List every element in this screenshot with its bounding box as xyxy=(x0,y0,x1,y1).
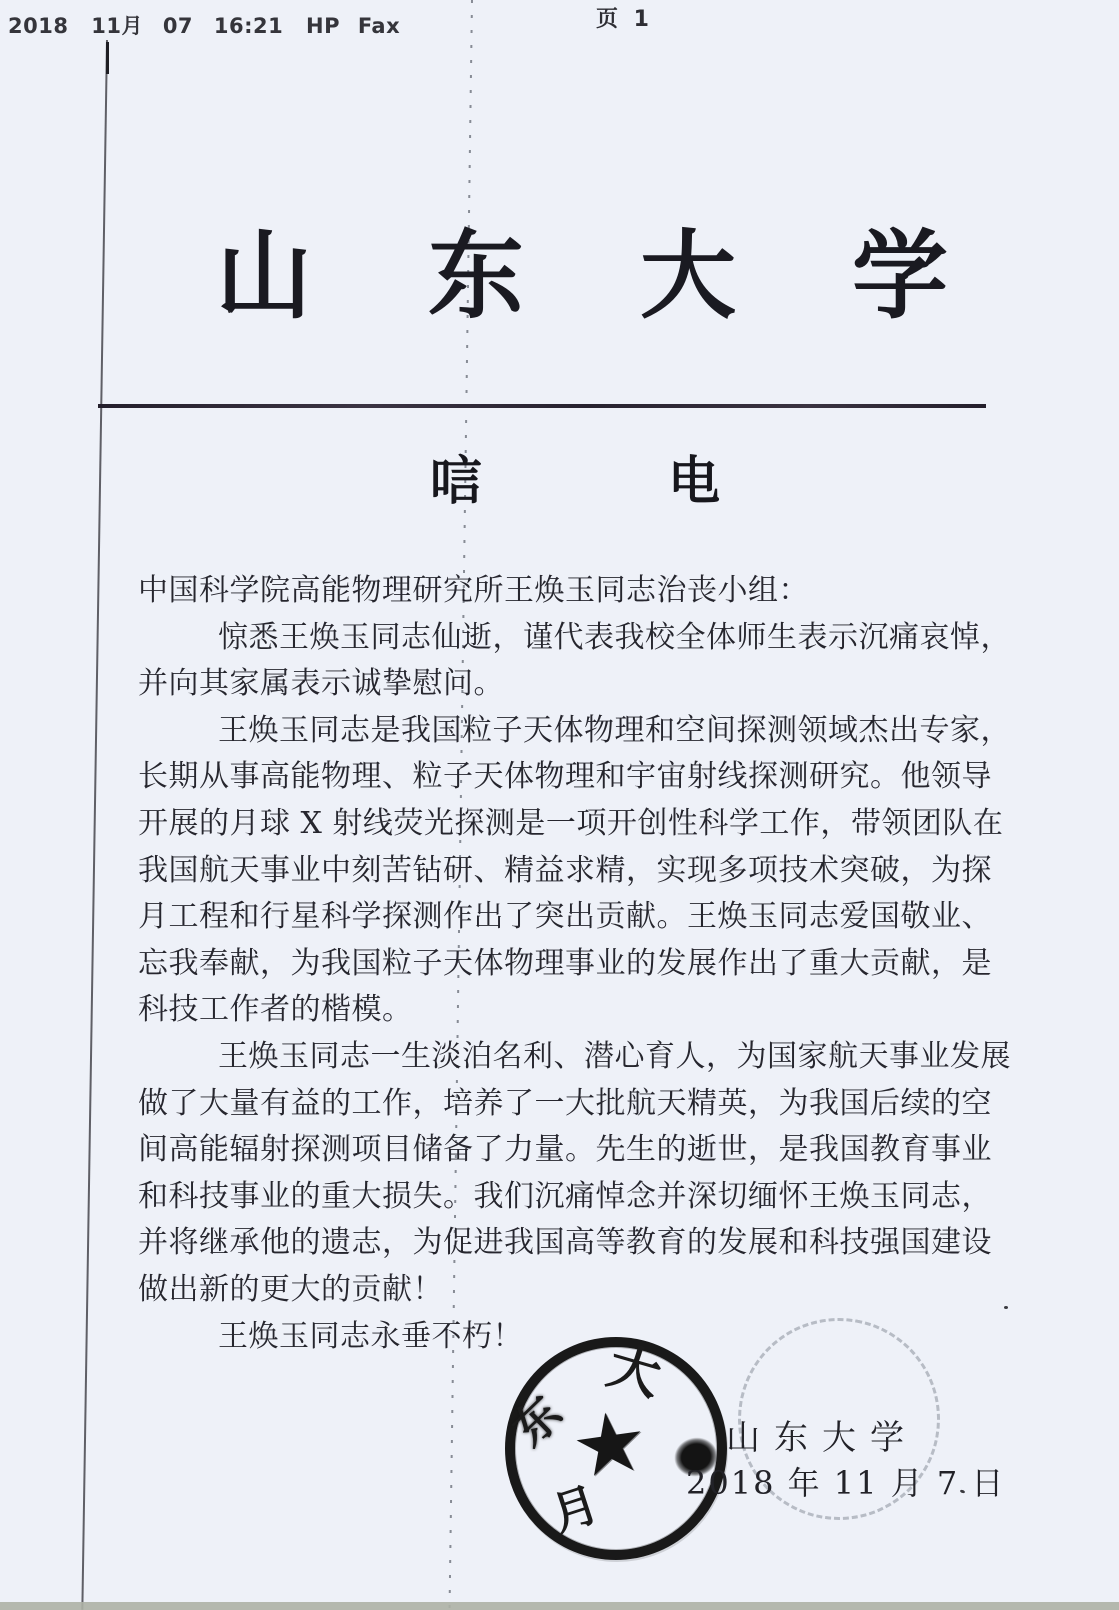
letterhead-divider-rule xyxy=(98,404,986,408)
letterhead-char-dong: 东 xyxy=(428,228,524,324)
body-line: 中国科学院高能物理研究所王焕玉同志治丧小组： xyxy=(138,568,1018,615)
scan-bottom-edge xyxy=(0,1602,1119,1610)
body-line: 我国航天事业中刻苦钻研、精益求精，实现多项技术突破，为探 xyxy=(138,848,1018,895)
letterhead-char-xue: 学 xyxy=(852,228,948,324)
heading-char-yan: 唁 xyxy=(430,456,482,508)
body-line: 长期从事高能物理、粒子天体物理和宇宙射线探测研究。他领导 xyxy=(138,754,1018,801)
letter-body: 中国科学院高能物理研究所王焕玉同志治丧小组：惊悉王焕玉同志仙逝，谨代表我校全体师… xyxy=(138,568,1018,1360)
signature-date: 2018 年 11 月 7 日 xyxy=(686,1458,1005,1504)
heading-char-dian: 电 xyxy=(668,456,720,508)
body-line: 惊悉王焕玉同志仙逝，谨代表我校全体师生表示沉痛哀悼， xyxy=(138,615,1018,662)
signature-organization: 山东大学 xyxy=(726,1410,918,1459)
fax-time: 16:21 xyxy=(214,14,283,38)
fax-transmission-header: 2018 11月 07 16:21 HP Fax xyxy=(8,10,400,40)
body-line: 王焕玉同志是我国粒子天体物理和空间探测领域杰出专家， xyxy=(138,708,1018,755)
body-line: 做了大量有益的工作，培养了一大批航天精英，为我国后续的空 xyxy=(138,1081,1018,1128)
fax-document-page: 2018 11月 07 16:21 HP Fax 页 1 山 东 大 学 唁 电… xyxy=(0,0,1119,1610)
fax-date-year: 2018 xyxy=(8,14,68,38)
body-line: 科技工作者的楷模。 xyxy=(138,987,1018,1034)
fax-date-day: 07 xyxy=(163,14,193,38)
body-line: 开展的月球 X 射线荧光探测是一项开创性科学工作，带领团队在 xyxy=(138,801,1018,848)
letterhead-char-shan: 山 xyxy=(216,228,312,324)
seal-star-icon: ★ xyxy=(567,1397,653,1491)
scan-edge-line xyxy=(81,40,108,1610)
scan-edge-line-cap xyxy=(106,42,109,74)
body-line: 并将继承他的遗志，为促进我国高等教育的发展和科技强国建设 xyxy=(138,1220,1018,1267)
body-line: 月工程和行星科学探测作出了突出贡献。王焕玉同志爱国敬业、 xyxy=(138,894,1018,941)
body-line: 间高能辐射探测项目储备了力量。先生的逝世，是我国教育事业 xyxy=(138,1127,1018,1174)
body-line: 做出新的更大的贡献！ xyxy=(138,1267,1018,1314)
fax-date-month: 11月 xyxy=(91,10,143,40)
body-line: 忘我奉献，为我国粒子天体物理事业的发展作出了重大贡献，是 xyxy=(138,941,1018,988)
page-number-label: 页 1 xyxy=(596,2,653,33)
letterhead-char-da: 大 xyxy=(640,228,736,324)
body-line: 王焕玉同志一生淡泊名利、潜心育人，为国家航天事业发展 xyxy=(138,1034,1018,1081)
fax-device-brand: HP xyxy=(306,14,340,38)
body-line: 并向其家属表示诚挚慰问。 xyxy=(138,661,1018,708)
body-line: 和科技事业的重大损失。我们沉痛悼念并深切缅怀王焕玉同志， xyxy=(138,1174,1018,1221)
fax-device-type: Fax xyxy=(358,14,400,38)
